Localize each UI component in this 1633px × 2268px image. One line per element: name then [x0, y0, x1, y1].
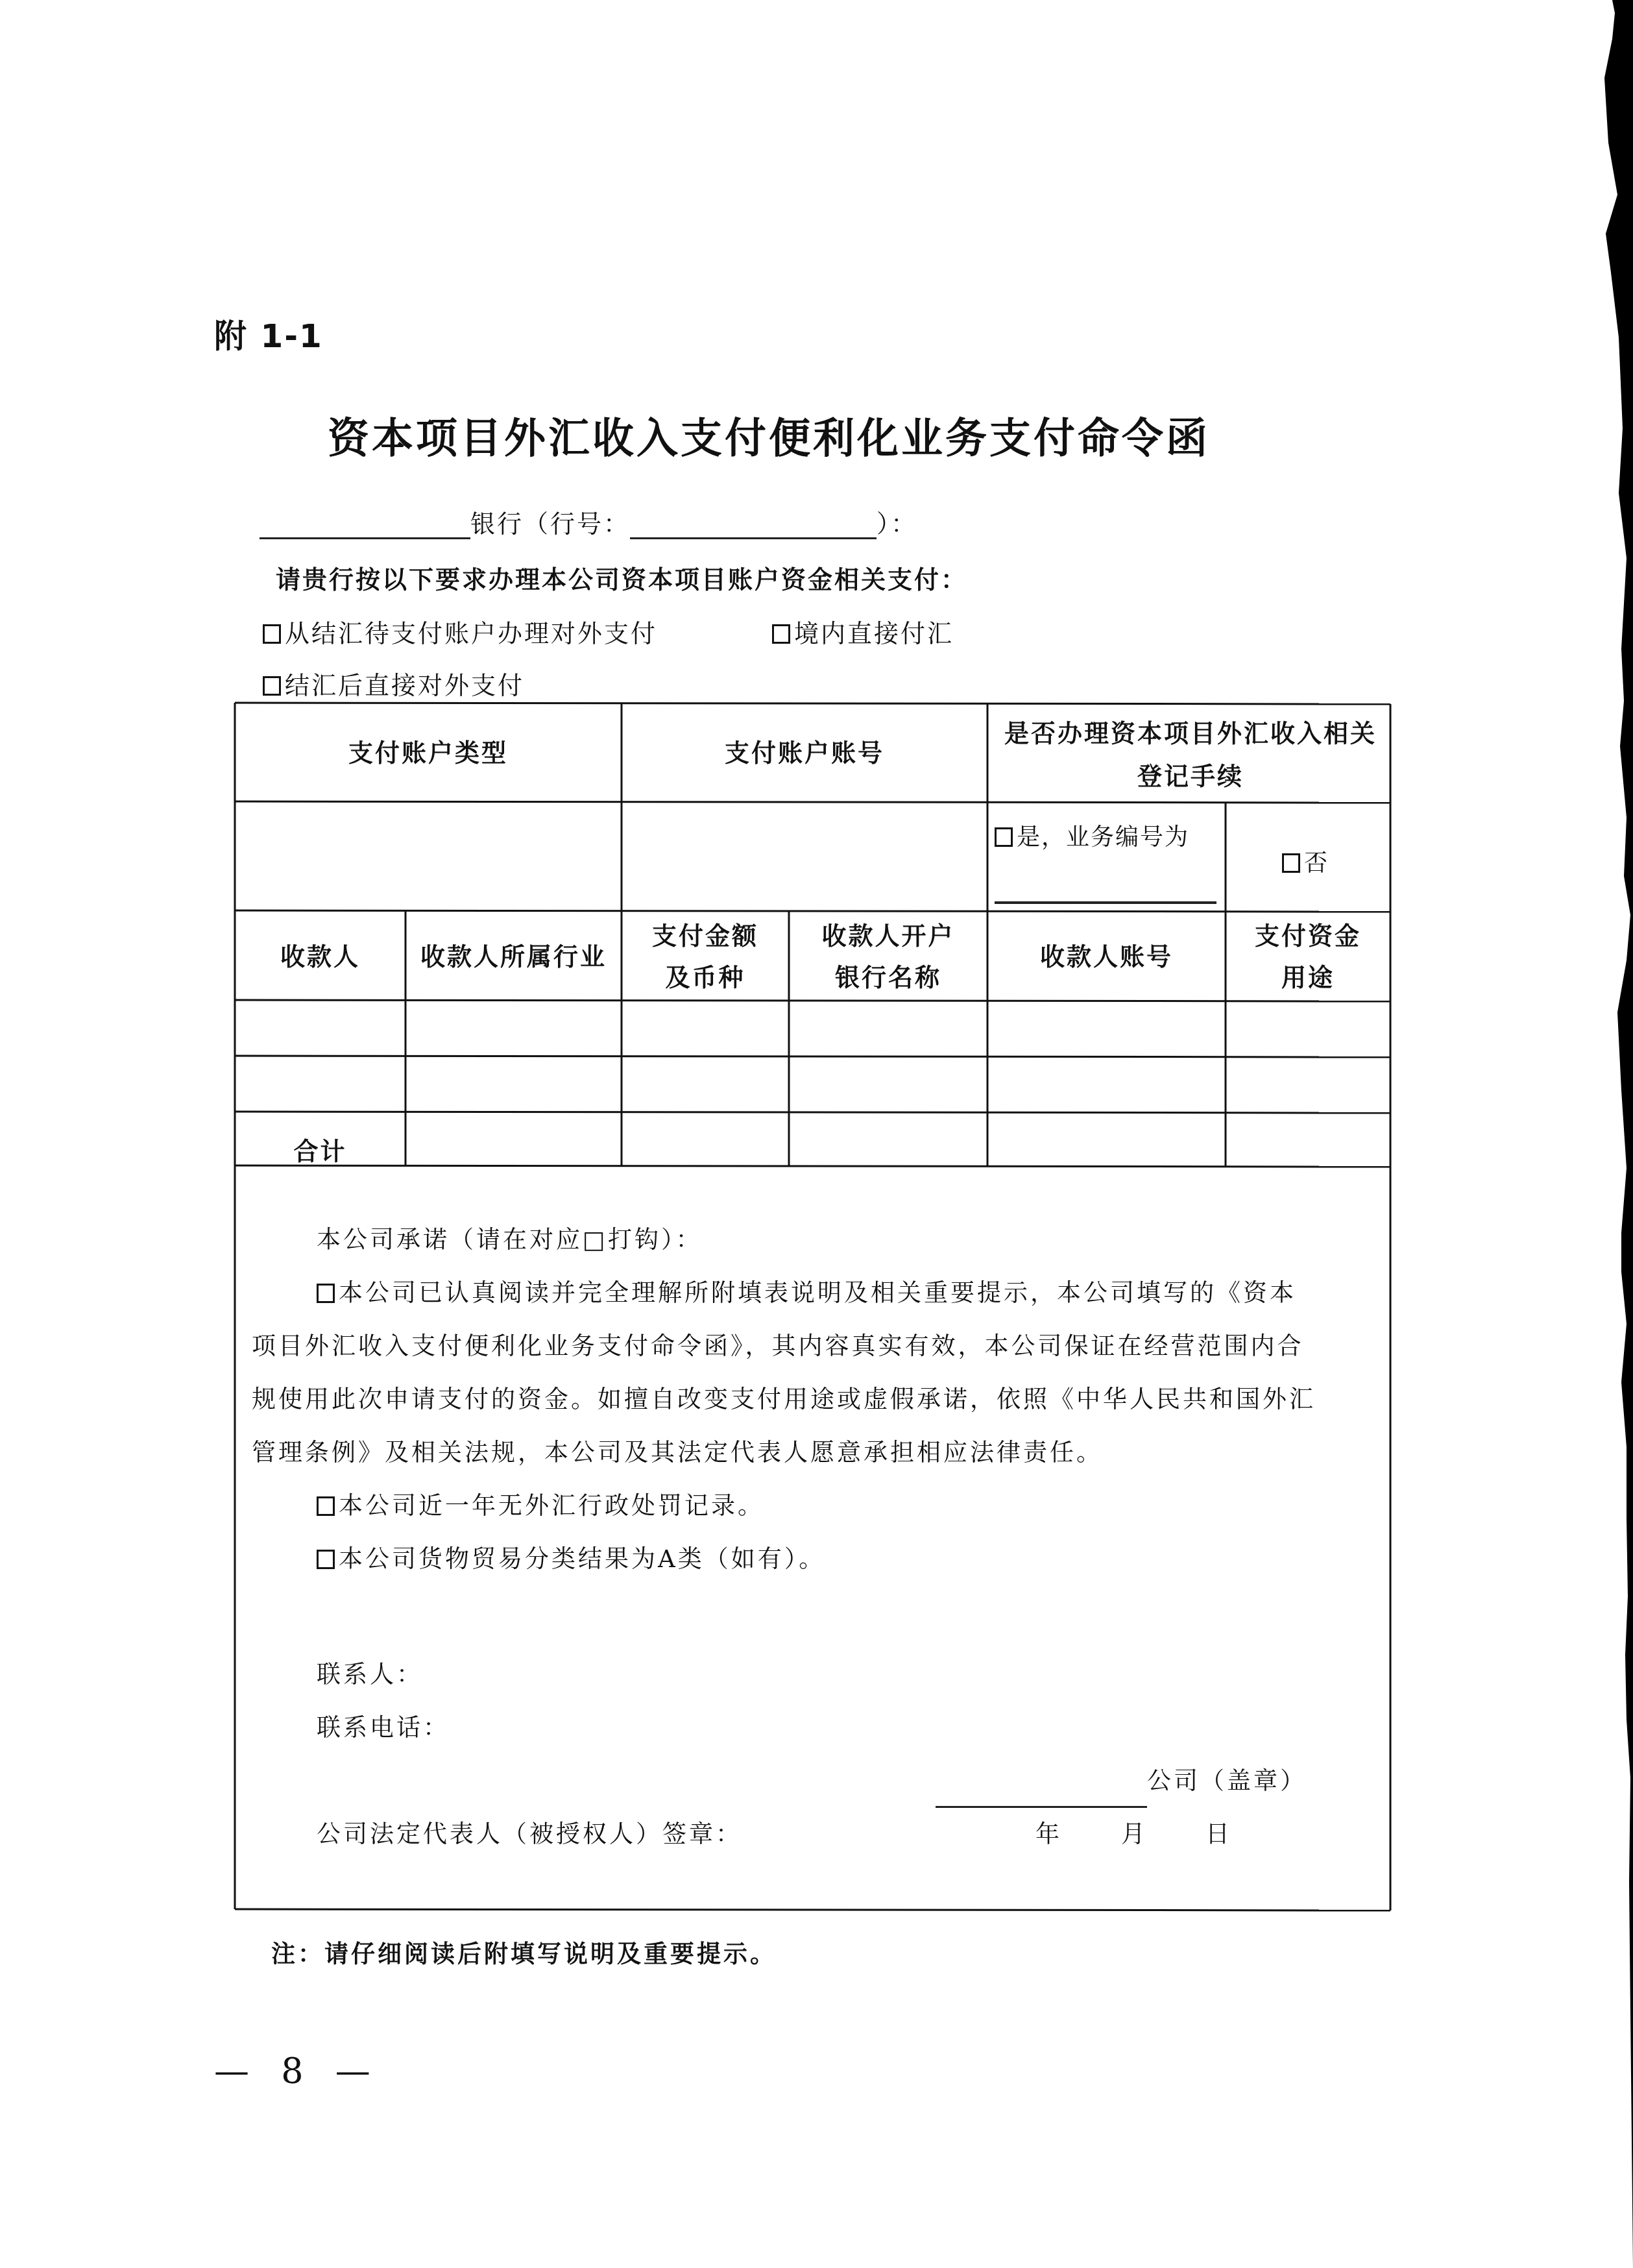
- row2-payee[interactable]: [235, 1057, 405, 1112]
- total-amount[interactable]: [622, 1113, 789, 1166]
- total-bank[interactable]: [789, 1113, 987, 1166]
- header-payee: 收款人: [235, 912, 405, 1001]
- payment-option-label: 从结汇待支付账户办理对外支付: [285, 619, 657, 648]
- bank-name-field[interactable]: [260, 514, 470, 539]
- row1-account[interactable]: [987, 1001, 1226, 1056]
- registration-yes-option[interactable]: 是，业务编号为: [995, 819, 1189, 852]
- row1-bank[interactable]: [789, 1001, 987, 1056]
- bank-suffix-label: 银行（行号：: [470, 509, 630, 538]
- checkbox-icon[interactable]: [317, 1496, 335, 1516]
- commitment-text: 本公司近一年无外汇行政处罚记录。: [339, 1492, 764, 1520]
- header-account-number: 支付账户账号: [622, 704, 987, 801]
- date-year-label: 年: [1035, 1808, 1062, 1861]
- total-account[interactable]: [987, 1113, 1226, 1166]
- header-fund-purpose: 支付资金 用途: [1226, 912, 1390, 1001]
- checkbox-icon[interactable]: [317, 1284, 335, 1303]
- commitment-item-1-line-1: 本公司已认真阅读并完全理解所附填表说明及相关重要提示，本公司填写的《资本: [317, 1267, 1296, 1320]
- request-line: 请贵行按以下要求办理本公司资本项目账户资金相关支付：: [276, 559, 967, 595]
- row1-purpose[interactable]: [1226, 1001, 1390, 1056]
- account-number-input[interactable]: [622, 803, 987, 911]
- commitment-item-1-line-4: 管理条例》及相关法规，本公司及其法定代表人愿意承担相应法律责任。: [252, 1426, 1103, 1480]
- commitment-intro: 本公司承诺（请在对应□打钩）：: [317, 1213, 702, 1267]
- total-purpose[interactable]: [1226, 1113, 1390, 1166]
- registration-no-label: 否: [1304, 850, 1329, 877]
- checkbox-icon[interactable]: [772, 624, 790, 644]
- commitment-item-1-line-2: 项目外汇收入支付便利化业务支付命令函》，其内容真实有效，本公司保证在经营范围内合: [252, 1320, 1304, 1373]
- header-registration: 是否办理资本项目外汇收入相关登记手续: [999, 707, 1382, 801]
- row2-bank[interactable]: [789, 1057, 987, 1112]
- document-title: 资本项目外汇收入支付便利化业务支付命令函: [328, 405, 1210, 465]
- header-payee-industry: 收款人所属行业: [405, 912, 622, 1001]
- total-label: 合计: [235, 1113, 405, 1166]
- page-number: — 8 —: [214, 2051, 381, 2091]
- payment-option-label: 结汇后直接对外支付: [285, 671, 524, 700]
- addressee-line: 银行（行号：）：: [260, 504, 917, 539]
- header-amount-currency: 支付金额 及币种: [622, 912, 789, 1001]
- company-seal-label: 公司（盖章）: [1147, 1767, 1307, 1795]
- row1-payee[interactable]: [235, 1001, 405, 1056]
- payment-option-1[interactable]: 从结汇待支付账户办理对外支付: [263, 613, 657, 649]
- registration-yes-label: 是，业务编号为: [1017, 824, 1189, 851]
- row2-industry[interactable]: [405, 1057, 622, 1112]
- checkbox-icon[interactable]: [995, 827, 1013, 847]
- checkbox-icon[interactable]: [317, 1550, 335, 1569]
- scan-border-artifact: [1536, 0, 1633, 2268]
- checkbox-icon[interactable]: [263, 624, 281, 644]
- row2-amount[interactable]: [622, 1057, 789, 1112]
- total-industry[interactable]: [405, 1113, 622, 1166]
- row2-account[interactable]: [987, 1057, 1226, 1112]
- commitment-text: 本公司已认真阅读并完全理解所附填表说明及相关重要提示，本公司填写的《资本: [339, 1279, 1296, 1307]
- payment-option-3[interactable]: 结汇后直接对外支付: [263, 665, 524, 701]
- business-number-input[interactable]: [995, 870, 1216, 901]
- commitment-item-1-line-3: 规使用此次申请支付的资金。如擅自改变支付用途或虚假承诺，依照《中华人民共和国外汇: [252, 1373, 1316, 1426]
- commitment-item-2: 本公司近一年无外汇行政处罚记录。: [317, 1480, 764, 1533]
- payment-option-label: 境内直接付汇: [794, 619, 954, 648]
- header-payee-account: 收款人账号: [987, 912, 1226, 1001]
- commitment-item-3: 本公司货物贸易分类结果为A类（如有）。: [317, 1533, 825, 1586]
- row2-purpose[interactable]: [1226, 1057, 1390, 1112]
- account-type-input[interactable]: [235, 803, 622, 911]
- payment-option-2[interactable]: 境内直接付汇: [772, 613, 954, 649]
- row1-industry[interactable]: [405, 1001, 622, 1056]
- signature-label: 公司法定代表人（被授权人）签章：: [317, 1808, 742, 1861]
- company-seal-line: 公司（盖章）: [936, 1755, 1307, 1808]
- header-payee-bank: 收款人开户 银行名称: [789, 912, 987, 1001]
- checkbox-icon[interactable]: [1282, 853, 1300, 873]
- annex-label: 附 1-1: [214, 310, 323, 357]
- bank-code-field[interactable]: [630, 514, 877, 539]
- row1-amount[interactable]: [622, 1001, 789, 1056]
- contact-phone-label: 联系电话：: [317, 1701, 450, 1755]
- date-day-label: 日: [1205, 1808, 1232, 1861]
- header-account-type: 支付账户类型: [235, 704, 622, 801]
- note-text: 注：请仔细阅读后附填写说明及重要提示。: [271, 1927, 777, 1981]
- registration-no-option[interactable]: 否: [1282, 845, 1329, 878]
- checkbox-icon[interactable]: [263, 676, 281, 696]
- date-month-label: 月: [1121, 1808, 1148, 1861]
- contact-person-label: 联系人：: [317, 1648, 423, 1701]
- commitment-text: 本公司货物贸易分类结果为A类（如有）。: [339, 1545, 825, 1573]
- addressee-close: ）：: [877, 509, 917, 538]
- company-name-field[interactable]: [936, 1780, 1147, 1808]
